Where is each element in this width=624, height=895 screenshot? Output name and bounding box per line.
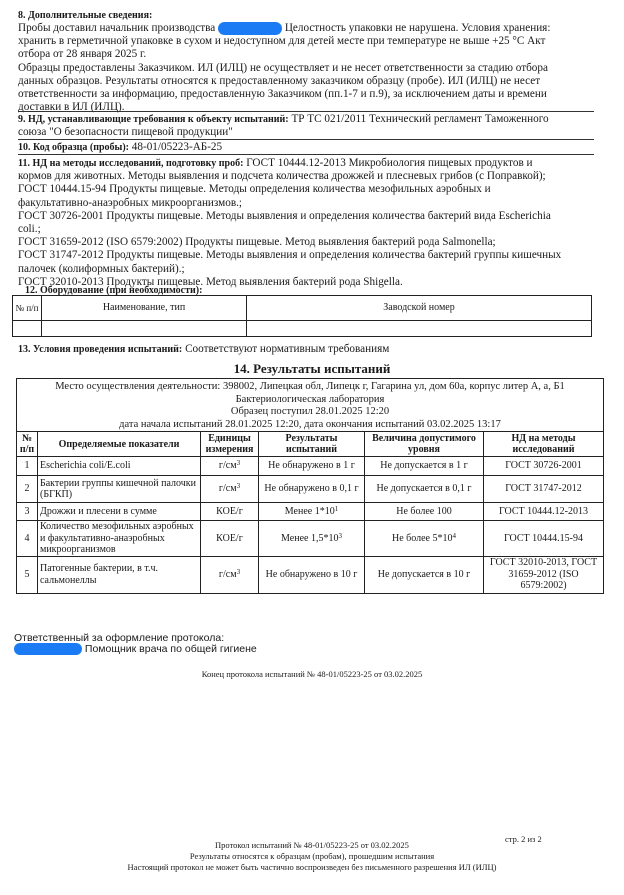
indicator-name: Бактерии группы кишечной палочки (БГКП) (38, 476, 201, 503)
method: ГОСТ 10444.15-94 (484, 521, 604, 557)
equipment-table: № п/п Наименование, тип Заводской номер (12, 295, 592, 337)
section-8-title: 8. Дополнительные сведения: (18, 9, 152, 22)
responsible-person: Помощник врача по общей гигиене (14, 643, 257, 656)
redacted-name (14, 643, 82, 655)
row-number-text: 5 (25, 569, 30, 580)
method-line: coli.; (18, 223, 618, 236)
method-line: кормов для животных. Методы выявления и … (18, 170, 618, 183)
equipment-cell (247, 321, 592, 337)
section-8-line: данных образцов. Результаты относятся к … (18, 75, 618, 88)
results-row: 5Патогенные бактерии, в т.ч. сальмонеллы… (17, 556, 604, 593)
allowed-level-text: Не допускается в 0,1 г (377, 483, 472, 494)
divider (18, 139, 594, 140)
equipment-cell (42, 321, 247, 337)
equipment-header: Наименование, тип (42, 296, 247, 321)
allowed-level: Не более 100 (365, 503, 484, 521)
results-header: № п/п (17, 432, 38, 457)
results-row: 2Бактерии группы кишечной палочки (БГКП)… (17, 476, 604, 503)
section-9: 9. НД, устанавливающие требования к объе… (18, 113, 549, 126)
allowed-level: Не допускается в 10 г (365, 556, 484, 593)
method-line: ГОСТ 30726-2001 Продукты пищевые. Методы… (18, 210, 618, 223)
method-text: ГОСТ 31747-2012 (505, 483, 581, 494)
method-text: ГОСТ 10444.15-94 (504, 533, 583, 544)
result-text: Менее 1*10 (285, 506, 335, 517)
results-row: 3Дрожжи и плесени в суммеКОЕ/гМенее 1*10… (17, 503, 604, 521)
section-13: 13. Условия проведения испытаний: Соотве… (18, 343, 389, 356)
indicator-name: Количество мезофильных аэробных и факуль… (38, 521, 201, 557)
method-line: ГОСТ 31659-2012 (ISO 6579:2002) Продукты… (18, 236, 618, 249)
row-number-text: 2 (25, 483, 30, 494)
indicator-name-text: Бактерии группы кишечной палочки (БГКП) (40, 478, 196, 501)
test-conditions: Соответствуют нормативным требованиям (185, 343, 389, 355)
row-number: 2 (17, 476, 38, 503)
indicator-name-text: Патогенные бактерии, в т.ч. сальмонеллы (40, 563, 158, 586)
indicator-name-text: Количество мезофильных аэробных и факуль… (40, 521, 194, 555)
allowed-level: Не более 5*104 (365, 521, 484, 557)
section-8-line: отбора от 28 января 2025 г. (18, 48, 618, 61)
results-row: 1Escherichia coli/E.coliг/см3Не обнаруже… (17, 457, 604, 476)
result: Не обнаружено в 0,1 г (259, 476, 365, 503)
method-line: ГОСТ 10444.12-2013 Микробиология пищевых… (246, 157, 532, 169)
results-table: Место осуществления деятельности: 398002… (16, 378, 604, 594)
unit-exponent: 3 (237, 459, 241, 467)
redacted-name (218, 22, 282, 35)
lab-name: Бактериологическая лаборатория (17, 394, 603, 407)
test-dates: дата начала испытаний 28.01.2025 12:20, … (17, 419, 603, 432)
section-10-title: 10. Код образца (пробы): (18, 142, 129, 153)
method: ГОСТ 30726-2001 (484, 457, 604, 476)
result: Не обнаружено в 10 г (259, 556, 365, 593)
unit-text: г/см (219, 460, 237, 471)
results-header: Величина допустимого уровня (365, 432, 484, 457)
equipment-header-row: № п/п Наименование, тип Заводской номер (13, 296, 592, 321)
method-line: ГОСТ 10444.15-94 Продукты пищевые. Метод… (18, 183, 618, 196)
result-text: Менее 1,5*10 (281, 533, 338, 544)
section-10: 10. Код образца (пробы): 48-01/05223-АБ-… (18, 141, 222, 154)
section-8-line: ответственности за информацию, предостав… (18, 88, 618, 101)
results-info: Место осуществления деятельности: 398002… (17, 379, 604, 432)
row-number-text: 1 (25, 460, 30, 471)
row-number: 1 (17, 457, 38, 476)
equipment-header: № п/п (13, 296, 42, 321)
results-info-row: Место осуществления деятельности: 398002… (17, 379, 604, 432)
results-title: 14. Результаты испытаний (0, 362, 624, 375)
results-row: 4Количество мезофильных аэробных и факул… (17, 521, 604, 557)
row-number-text: 3 (25, 506, 30, 517)
row-number: 3 (17, 503, 38, 521)
equipment-row (13, 321, 592, 337)
result: Менее 1*101 (259, 503, 365, 521)
row-number-text: 4 (25, 533, 30, 544)
section-8-line: Целостность упаковки не нарушена. Услови… (285, 22, 551, 34)
testing-place: Место осуществления деятельности: 398002… (17, 381, 603, 394)
unit-text: КОЕ/г (216, 506, 243, 517)
section-9-value-cont: союза "О безопасности пищевой продукции" (18, 126, 233, 139)
unit: г/см3 (201, 556, 259, 593)
method-text: ГОСТ 30726-2001 (505, 460, 581, 471)
divider (18, 111, 594, 112)
method-text: ГОСТ 10444.12-2013 (499, 506, 588, 517)
section-8-line: Образцы предоставлены Заказчиком. ИЛ (ИЛ… (18, 62, 618, 75)
footer-line: Протокол испытаний № 48-01/05223-25 от 0… (0, 840, 624, 851)
unit: КОЕ/г (201, 503, 259, 521)
result-exponent: 3 (338, 532, 342, 540)
result-text: Не обнаружено в 10 г (266, 569, 358, 580)
equipment-cell (13, 321, 42, 337)
allowed-level-text: Не более 100 (396, 506, 451, 517)
divider (18, 154, 594, 155)
unit-text: г/см (219, 569, 237, 580)
indicator-name: Дрожжи и плесени в сумме (38, 503, 201, 521)
footer: Протокол испытаний № 48-01/05223-25 от 0… (0, 840, 624, 873)
row-number: 5 (17, 556, 38, 593)
method-text: ГОСТ 32010-2013, ГОСТ 31659-2012 (ISO 65… (490, 557, 597, 591)
allowed-level-text: Не более 5*10 (392, 533, 452, 544)
section-11: 11. НД на методы исследований, подготовк… (18, 157, 618, 289)
indicator-name: Патогенные бактерии, в т.ч. сальмонеллы (38, 556, 201, 593)
result-text: Не обнаружено в 1 г (268, 460, 355, 471)
section-11-title: 11. НД на методы исследований, подготовк… (18, 158, 243, 169)
method: ГОСТ 10444.12-2013 (484, 503, 604, 521)
results-header-row: № п/п Определяемые показатели Единицы из… (17, 432, 604, 457)
method: ГОСТ 31747-2012 (484, 476, 604, 503)
footer-line: Настоящий протокол не может быть частичн… (0, 862, 624, 873)
section-9-value: ТР ТС 021/2011 Технический регламент Там… (291, 113, 548, 125)
unit-text: КОЕ/г (216, 533, 243, 544)
unit-exponent: 3 (237, 482, 241, 490)
indicator-name-text: Дрожжи и плесени в сумме (40, 506, 157, 517)
allowed-level-exponent: 4 (452, 532, 456, 540)
section-8-line: хранить в герметичной упаковке в сухом и… (18, 35, 618, 48)
indicator-name: Escherichia coli/E.coli (38, 457, 201, 476)
results-header: НД на методы исследований (484, 432, 604, 457)
method-line: факультативно-анаэробных микроорганизмов… (18, 197, 618, 210)
end-of-protocol: Конец протокола испытаний № 48-01/05223-… (0, 669, 624, 680)
unit: КОЕ/г (201, 521, 259, 557)
section-9-title: 9. НД, устанавливающие требования к объе… (18, 114, 289, 125)
sample-received: Образец поступил 28.01.2025 12:20 (17, 406, 603, 419)
allowed-level: Не допускается в 1 г (365, 457, 484, 476)
result: Не обнаружено в 1 г (259, 457, 365, 476)
results-header: Единицы измерения (201, 432, 259, 457)
unit-text: г/см (219, 483, 237, 494)
section-13-title: 13. Условия проведения испытаний: (18, 344, 182, 355)
result: Менее 1,5*103 (259, 521, 365, 557)
section-8-line: Пробы доставил начальник производства (18, 22, 215, 34)
unit: г/см3 (201, 476, 259, 503)
method-line: ГОСТ 31747-2012 Продукты пищевые. Методы… (18, 249, 618, 262)
results-header: Определяемые показатели (38, 432, 201, 457)
method: ГОСТ 32010-2013, ГОСТ 31659-2012 (ISO 65… (484, 556, 604, 593)
method-line: палочек (колиформных бактерий).; (18, 263, 618, 276)
result-exponent: 1 (335, 505, 339, 513)
unit-exponent: 3 (237, 568, 241, 576)
allowed-level: Не допускается в 0,1 г (365, 476, 484, 503)
results-header: Результаты испытаний (259, 432, 365, 457)
footer-line: Результаты относятся к образцам (пробам)… (0, 851, 624, 862)
sample-code: 48-01/05223-АБ-25 (132, 141, 222, 153)
equipment-header: Заводской номер (247, 296, 592, 321)
indicator-name-text: Escherichia coli/E.coli (40, 460, 131, 471)
unit: г/см3 (201, 457, 259, 476)
result-text: Не обнаружено в 0,1 г (264, 483, 358, 494)
allowed-level-text: Не допускается в 1 г (380, 460, 467, 471)
allowed-level-text: Не допускается в 10 г (378, 569, 470, 580)
responsible-position: Помощник врача по общей гигиене (85, 643, 257, 655)
row-number: 4 (17, 521, 38, 557)
section-8-body: Пробы доставил начальник производства Це… (18, 22, 618, 115)
